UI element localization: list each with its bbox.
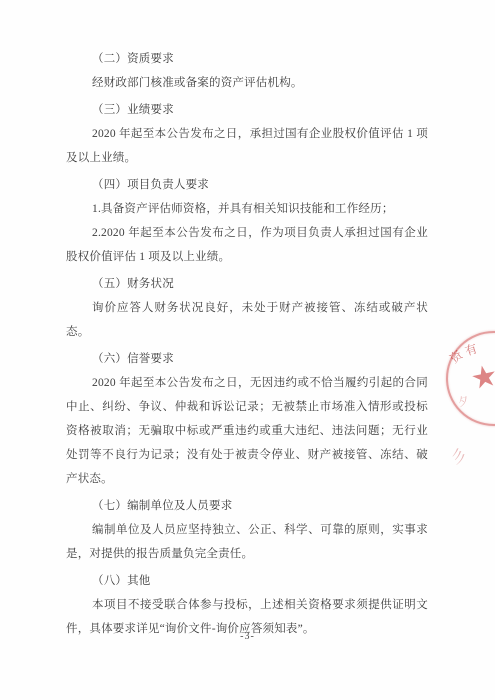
seal-inner-mark: 夕 [456,392,471,411]
section-heading-compiling-unit: （七）编制单位及人员要求 [66,494,428,518]
seal-arc-character: 有 [463,340,480,360]
section-heading-track-record: （三）业绩要求 [66,98,428,122]
paragraph-reputation: 2020 年起至本公告发布之日，无因违约或不恰当履约引起的合同中止、纠纷、争议、… [66,371,428,491]
page-number: -3- [0,631,495,642]
seal-arc-character: 资 [446,346,466,367]
paragraph-leader-item-2: 2.2020 年起至本公告发布之日，作为项目负责人承担过国有企业股权价值评估 1… [66,221,428,269]
paragraph-leader-item-1: 1.具备资产评估师资格，并具有相关知识技能和工作经历； [66,197,428,221]
seal-ink-flourish: 彡 [446,442,471,470]
section-heading-other: （八）其他 [66,569,428,593]
section-heading-project-leader: （四）项目负责人要求 [66,173,428,197]
paragraph-compiling-unit: 编制单位及人员应坚持独立、公正、科学、可靠的原则，实事求是，对提供的报告质量负完… [66,518,428,566]
star-icon: ★ [468,361,495,396]
section-heading-qualification: （二）资质要求 [66,47,428,71]
document-page: （二）资质要求 经财政部门核准或备案的资产评估机构。 （三）业绩要求 2020 … [0,0,495,700]
official-seal-stamp: 资 有 ★ 夕 [446,331,495,426]
paragraph-financial: 询价应答人财务状况良好，未处于财产被接管、冻结或破产状态。 [66,296,428,344]
document-body: （二）资质要求 经财政部门核准或备案的资产评估机构。 （三）业绩要求 2020 … [66,44,428,641]
paragraph-qualification: 经财政部门核准或备案的资产评估机构。 [66,71,428,95]
paragraph-track-record: 2020 年起至本公告发布之日，承担过国有企业股权价值评估 1 项及以上业绩。 [66,122,428,170]
section-heading-financial: （五）财务状况 [66,272,428,296]
section-heading-reputation: （六）信誉要求 [66,347,428,371]
